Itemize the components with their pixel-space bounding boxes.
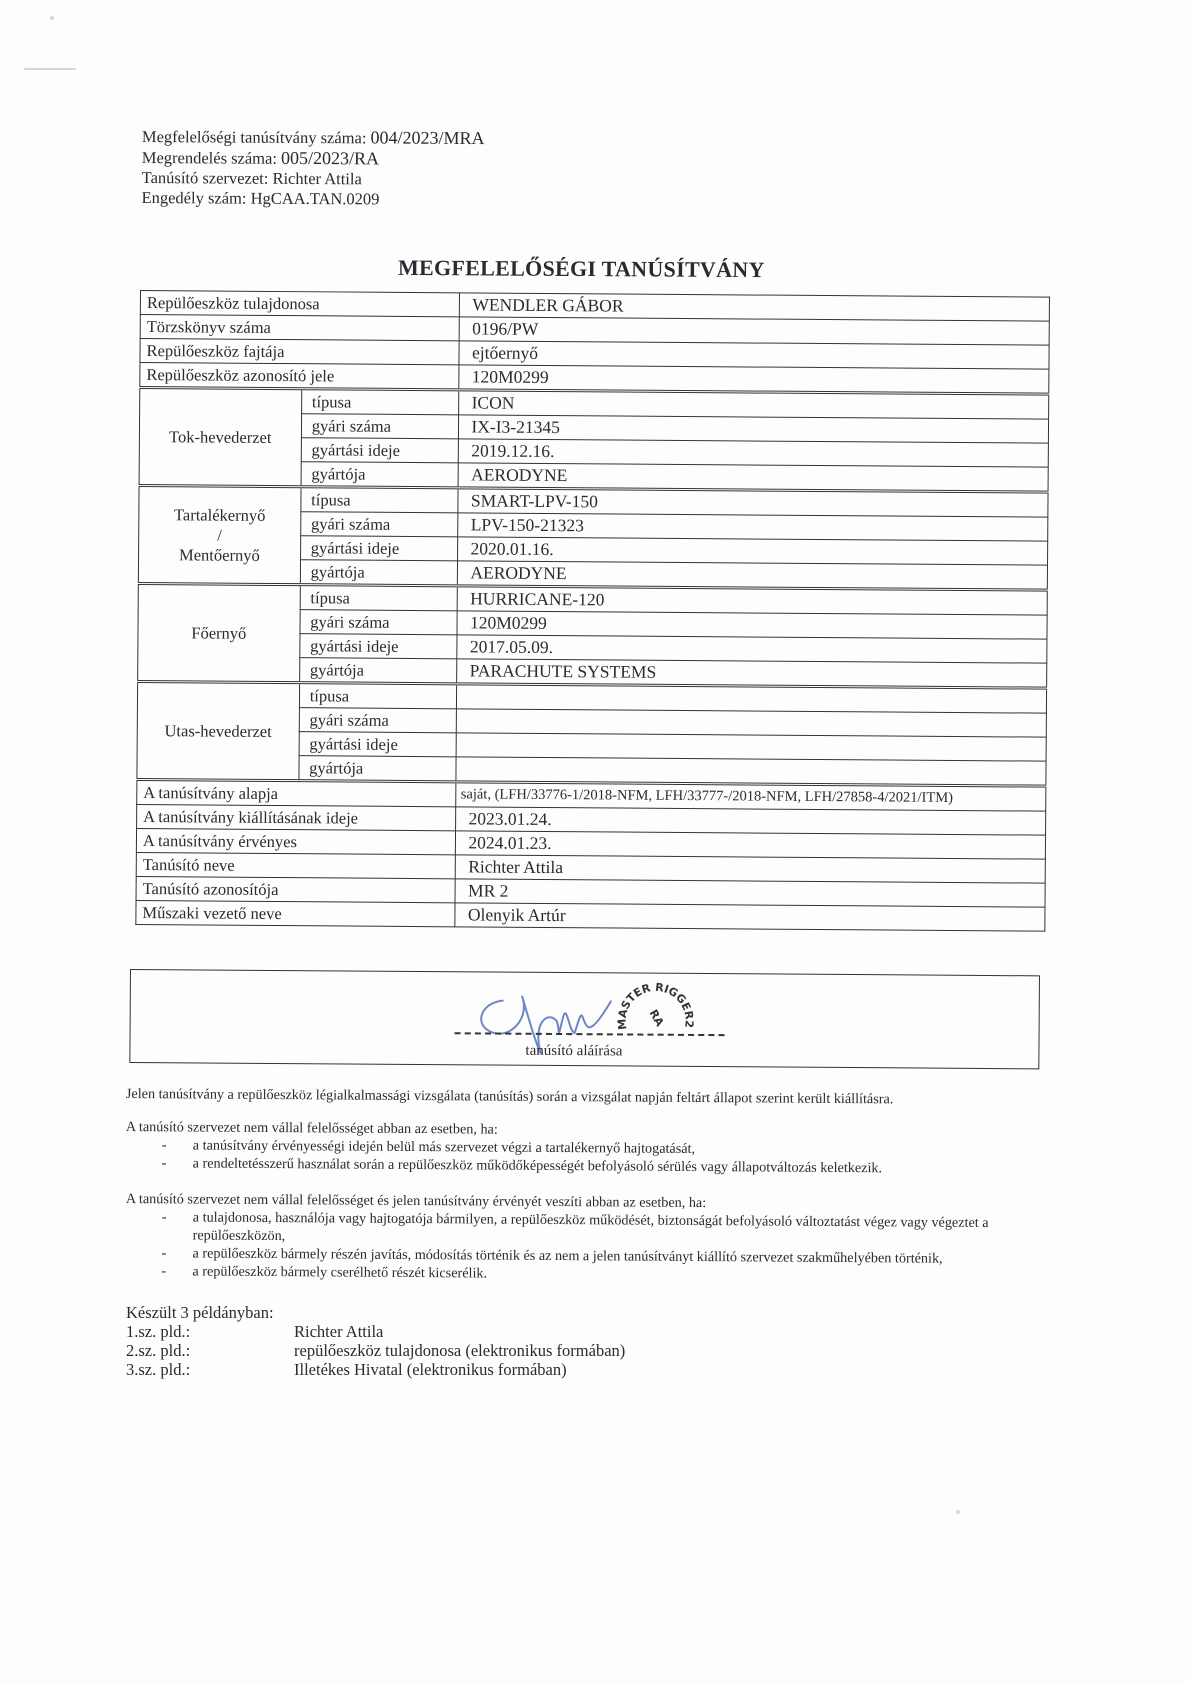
stamp-center-text: RA (647, 1007, 667, 1029)
table-row: Utas-hevederzettípusa (137, 681, 1046, 713)
table-row: Tok-hevederzettípusaICON (140, 388, 1049, 420)
certificate-number-line: Megfelelőségi tanúsítvány száma: 004/202… (142, 126, 485, 149)
sub-label: gyári száma (300, 512, 458, 537)
signature-caption: tanúsító aláírása (525, 1043, 622, 1061)
document-title: MEGFELELŐSÉGI TANÚSÍTVÁNY (398, 255, 765, 283)
row-label: Repülőeszköz tulajdonosa (140, 291, 460, 317)
copy-row: 2.sz. pld.:repülőeszköz tulajdonosa (ele… (126, 1341, 625, 1360)
liability-section-2: A tanúsító szervezet nem vállal felelőss… (125, 1190, 1046, 1286)
certificate-table-body: Repülőeszköz tulajdonosaWENDLER GÁBORTör… (136, 291, 1050, 932)
sub-label: gyártója (299, 658, 457, 684)
sub-label: gyártója (301, 462, 459, 488)
dash-bullet: - (161, 1244, 166, 1262)
organization-label: Tanúsító szervezet: (142, 168, 269, 188)
permit-label: Engedély szám: (142, 188, 247, 208)
sub-label: típusa (301, 389, 459, 415)
order-number-line: Megrendelés száma: 005/2023/RA (142, 147, 485, 170)
organization-name: Richter Attila (272, 169, 361, 189)
row-value: Olenyik Artúr (455, 903, 1045, 931)
certificate-table: Repülőeszköz tulajdonosaWENDLER GÁBORTör… (135, 290, 1050, 932)
order-number-label: Megrendelés száma: (142, 148, 277, 168)
group-label-line: / (145, 525, 294, 546)
copies-section: Készült 3 példányban: 1.sz. pld.:Richter… (126, 1303, 625, 1379)
scan-artifact (956, 1510, 960, 1514)
sub-label: gyári száma (300, 610, 458, 635)
row-label: Törzskönyv száma (140, 315, 460, 341)
order-number: 005/2023/RA (281, 148, 379, 169)
copy-row: 3.sz. pld.:Illetékes Hivatal (elektronik… (126, 1360, 625, 1379)
row-label: Repülőeszköz azonosító jele (140, 363, 460, 390)
dash-bullet: - (161, 1262, 166, 1280)
certificate-number-label: Megfelelőségi tanúsítvány száma: (142, 127, 367, 147)
sub-label: gyártási ideje (300, 536, 458, 561)
row-label: Tanúsító azonosítója (136, 876, 456, 902)
certificate-header: Megfelelőségi tanúsítvány száma: 004/202… (141, 126, 484, 210)
table-row: FőernyőtípusaHURRICANE-120 (138, 583, 1047, 615)
table-row: Tartalékernyő/MentőernyőtípusaSMART-LPV-… (139, 485, 1048, 517)
sub-label: gyári száma (301, 414, 459, 439)
copy-row: 1.sz. pld.:Richter Attila (126, 1322, 625, 1341)
permit-line: Engedély szám: HgCAA.TAN.0209 (141, 188, 484, 210)
organization-line: Tanúsító szervezet: Richter Attila (142, 168, 485, 190)
group-label-line: Tartalékernyő (145, 505, 294, 526)
group-label: Főernyő (138, 583, 300, 682)
sub-label: gyártója (300, 560, 458, 586)
row-label: Tanúsító neve (136, 852, 456, 878)
row-label: Repülőeszköz fajtája (140, 339, 460, 365)
certificate-number: 004/2023/MRA (371, 127, 485, 148)
row-label: Műszaki vezető neve (136, 900, 456, 926)
master-rigger-stamp-icon: MASTER RIGGER2 RA (615, 973, 696, 1054)
sub-label: típusa (299, 683, 457, 709)
group-label: Tartalékernyő/Mentőernyő (138, 485, 300, 584)
sub-label: gyártási ideje (300, 634, 458, 659)
row-label: A tanúsítvány alapja (137, 779, 457, 806)
sub-label: gyártási ideje (301, 438, 459, 463)
scan-artifact (50, 16, 54, 20)
group-label: Utas-hevederzet (137, 681, 299, 780)
sub-label: típusa (300, 585, 458, 611)
copies-intro: Készült 3 példányban: (126, 1303, 625, 1322)
permit-number: HgCAA.TAN.0209 (251, 189, 380, 209)
signature-box: MASTER RIGGER2 RA tanúsító aláírása (129, 969, 1040, 1069)
sub-label: gyártási ideje (299, 732, 457, 757)
sub-label: típusa (301, 487, 459, 513)
dash-bullet: - (162, 1136, 167, 1154)
row-label: A tanúsítvány érvényes (136, 828, 456, 854)
sub-label: gyártója (299, 756, 457, 782)
group-label-line: Mentőernyő (145, 545, 294, 566)
liability-section-1: A tanúsító szervezet nem vállal felelőss… (126, 1118, 883, 1177)
scan-artifact (24, 68, 76, 70)
dash-bullet: - (162, 1208, 167, 1226)
group-label: Tok-hevederzet (139, 388, 301, 487)
sub-label: gyári száma (299, 708, 457, 733)
dash-bullet: - (162, 1154, 167, 1172)
row-label: A tanúsítvány kiállításának ideje (137, 804, 457, 830)
statement-paragraph: Jelen tanúsítvány a repülőeszköz légialk… (126, 1085, 894, 1108)
